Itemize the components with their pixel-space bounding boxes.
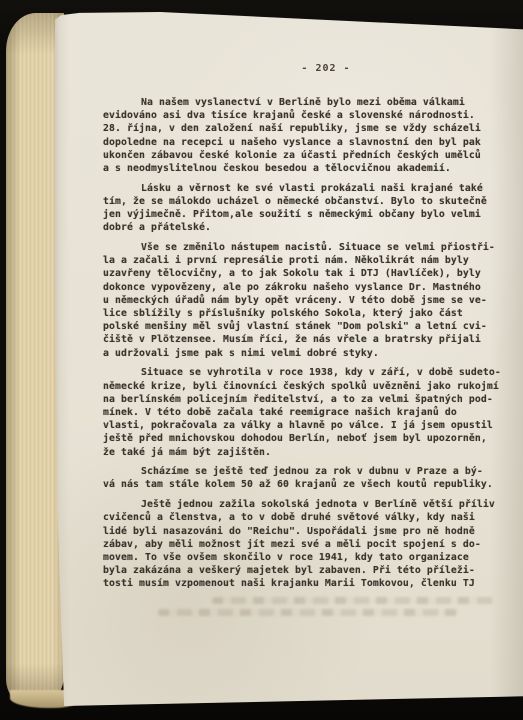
text-line: dobré a přátelské. xyxy=(103,221,495,234)
text-line: dokonce vypovězeny, ale po zákroku našeh… xyxy=(103,281,495,294)
text-line: uzavřeny tělocvičny, a to jak Sokolu tak… xyxy=(103,267,495,280)
text-line: německé krize, byli činovníci českých sp… xyxy=(103,380,495,393)
text-line: tosti musím vzpomenout naši krajanku Mar… xyxy=(103,577,495,590)
text-line: vlasti, pokračovala za války a hlavně po… xyxy=(103,419,495,432)
paragraph: Ještě jednou zažila sokolská jednota v B… xyxy=(103,498,495,590)
text-line: polské menšiny měl svůj vlastní stánek "… xyxy=(103,320,495,333)
text-line: mínek. V této době začala také reemigrac… xyxy=(103,406,495,419)
text-line: a s neodmyslitelnou českou besedou a těl… xyxy=(103,162,495,175)
text-line: Scházíme se ještě teď jednou za rok v du… xyxy=(103,465,495,478)
paragraph: Lásku a věrnost ke své vlasti prokázali … xyxy=(103,182,495,235)
text-line: byla zakázána a veškerý majetek byl zaba… xyxy=(103,564,495,577)
text-line: dopoledne na recepci u našeho vyslance a… xyxy=(103,136,495,149)
text-line: evidováno asi dva tisíce krajanů české a… xyxy=(103,109,495,122)
text-line: zábav, aby měli možnost jít mezi své a m… xyxy=(103,538,495,551)
text-line: vá nás tam stále kolem 50 až 60 krajanů … xyxy=(103,478,495,491)
typewritten-text-block: Na našem vyslanectví v Berlíně bylo mezi… xyxy=(103,96,495,591)
text-line: lidé byli nasazováni do "Reichu". Uspořá… xyxy=(103,525,495,538)
text-line: cvičenců a členstva, a to v době druhé s… xyxy=(103,511,495,524)
text-line: a udržovali jsme pak s nimi velmi dobré … xyxy=(103,347,495,360)
text-line: 28. října, v den založení naší republiky… xyxy=(103,122,495,135)
text-line: jen výjimečně. Přitom,ale soužití s něme… xyxy=(103,208,495,221)
text-line: ukončen zábavou české kolonie za účasti … xyxy=(103,149,495,162)
paragraph: Vše se změnilo nástupem nacistů. Situace… xyxy=(103,241,495,360)
paragraph: Na našem vyslanectví v Berlíně bylo mezi… xyxy=(103,96,495,175)
bleed-through-smudge xyxy=(158,609,458,616)
text-line: tím, že se málokdo ucházel o německé obč… xyxy=(103,195,495,208)
text-line: Vše se změnilo nástupem nacistů. Situace… xyxy=(103,241,495,254)
page-number: - 202 - xyxy=(103,63,521,74)
text-line: ještě před mnichovskou dohodou Berlín, n… xyxy=(103,432,495,445)
text-line: lice sblížily s příslušníky polského Sok… xyxy=(103,307,495,320)
text-line: čiště v Plötzensee. Musím říci, že nás v… xyxy=(103,333,495,346)
book-photo: - 202 - Na našem vyslanectví v Berlíně b… xyxy=(0,0,523,720)
text-line: Lásku a věrnost ke své vlasti prokázali … xyxy=(103,182,495,195)
paragraph: Scházíme se ještě teď jednou za rok v du… xyxy=(103,465,495,491)
text-line: la a začali i první represálie proti nám… xyxy=(103,254,495,267)
text-line: že také já mám být zajištěn. xyxy=(103,446,495,459)
text-line: Ještě jednou zažila sokolská jednota v B… xyxy=(103,498,495,511)
text-line: na berlínském policejním ředitelství, a … xyxy=(103,393,495,406)
text-line: movem. To vše ovšem skončilo v roce 1941… xyxy=(103,551,495,564)
bleed-through-smudge xyxy=(212,597,494,604)
text-line: Na našem vyslanectví v Berlíně bylo mezi… xyxy=(103,96,495,109)
paragraph: Situace se vyhrotila v roce 1938, kdy v … xyxy=(103,366,495,458)
text-line: u německých úřadů nám byly opět vráceny.… xyxy=(103,294,495,307)
text-line: Situace se vyhrotila v roce 1938, kdy v … xyxy=(103,366,495,379)
